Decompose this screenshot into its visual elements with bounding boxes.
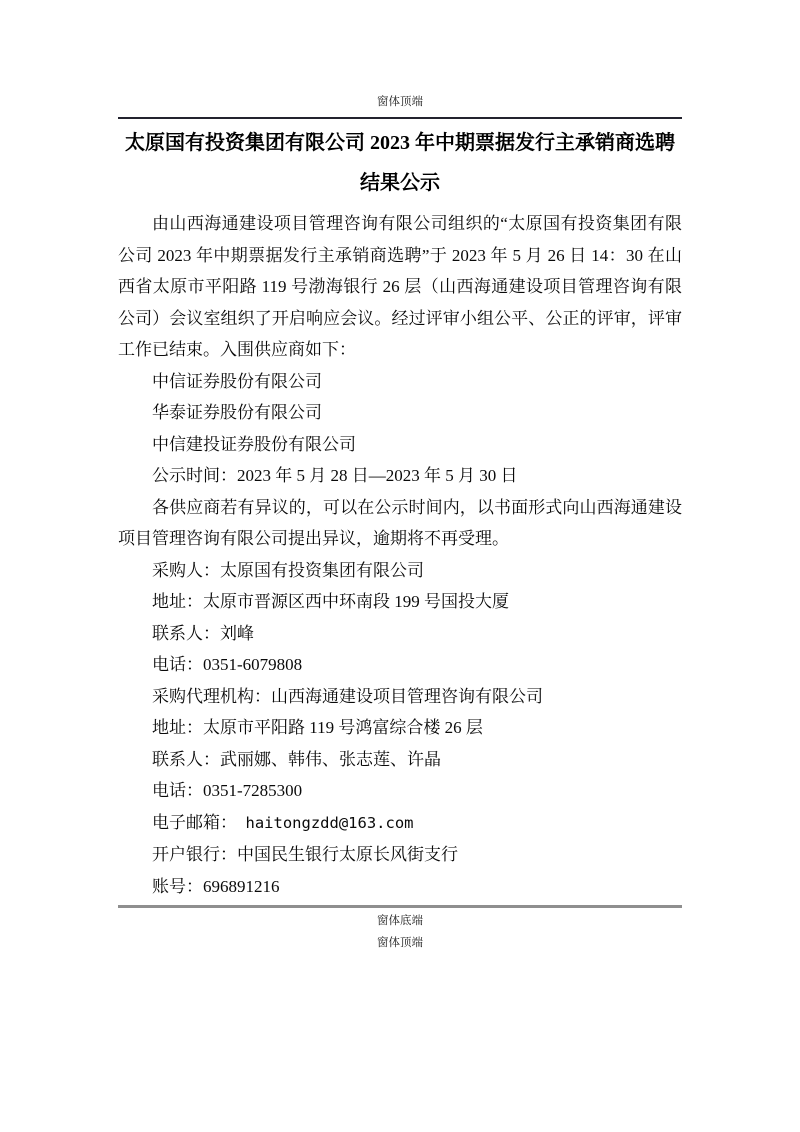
form-top-marker: 窗体顶端 <box>118 95 682 109</box>
form-next-top-marker: 窗体顶端 <box>118 936 682 950</box>
agency-bank-line: 开户银行：中国民生银行太原长风街支行 <box>118 839 682 871</box>
top-rule <box>118 117 682 119</box>
document-content: 窗体顶端 太原国有投资集团有限公司 2023 年中期票据发行主承销商选聘 结果公… <box>118 0 682 950</box>
purchaser-name-line: 采购人：太原国有投资集团有限公司 <box>118 555 682 587</box>
supplier-line: 华泰证券股份有限公司 <box>118 397 682 429</box>
publicity-time-line: 公示时间：2023 年 5 月 28 日—2023 年 5 月 30 日 <box>118 460 682 492</box>
agency-address-line: 地址：太原市平阳路 119 号鸿富综合楼 26 层 <box>118 712 682 744</box>
purchaser-address-line: 地址：太原市晋源区西中环南段 199 号国投大厦 <box>118 586 682 618</box>
agency-name-line: 采购代理机构：山西海通建设项目管理咨询有限公司 <box>118 681 682 713</box>
document-title: 太原国有投资集团有限公司 2023 年中期票据发行主承销商选聘 结果公示 <box>118 123 682 203</box>
email-value: haitongzdd@163.com <box>246 814 414 832</box>
agency-account-line: 账号：696891216 <box>118 871 682 903</box>
title-line-2: 结果公示 <box>118 163 682 203</box>
document-body: 由山西海通建设项目管理咨询有限公司组织的“太原国有投资集团有限公司 2023 年… <box>118 208 682 902</box>
supplier-line: 中信建投证券股份有限公司 <box>118 429 682 461</box>
supplier-line: 中信证券股份有限公司 <box>118 366 682 398</box>
agency-phone-line: 电话：0351-7285300 <box>118 775 682 807</box>
document-page: 窗体顶端 太原国有投资集团有限公司 2023 年中期票据发行主承销商选聘 结果公… <box>0 0 800 1132</box>
intro-paragraph: 由山西海通建设项目管理咨询有限公司组织的“太原国有投资集团有限公司 2023 年… <box>118 208 682 366</box>
bottom-rule <box>118 905 682 908</box>
title-line-1: 太原国有投资集团有限公司 2023 年中期票据发行主承销商选聘 <box>118 123 682 163</box>
form-bottom-marker: 窗体底端 <box>118 914 682 928</box>
agency-email-line: 电子邮箱：haitongzdd@163.com <box>118 807 682 840</box>
objection-paragraph: 各供应商若有异议的，可以在公示时间内，以书面形式向山西海通建设项目管理咨询有限公… <box>118 492 682 555</box>
purchaser-phone-line: 电话：0351-6079808 <box>118 649 682 681</box>
agency-contact-line: 联系人：武丽娜、韩伟、张志莲、许晶 <box>118 744 682 776</box>
purchaser-contact-line: 联系人：刘峰 <box>118 618 682 650</box>
email-label: 电子邮箱： <box>152 813 237 832</box>
